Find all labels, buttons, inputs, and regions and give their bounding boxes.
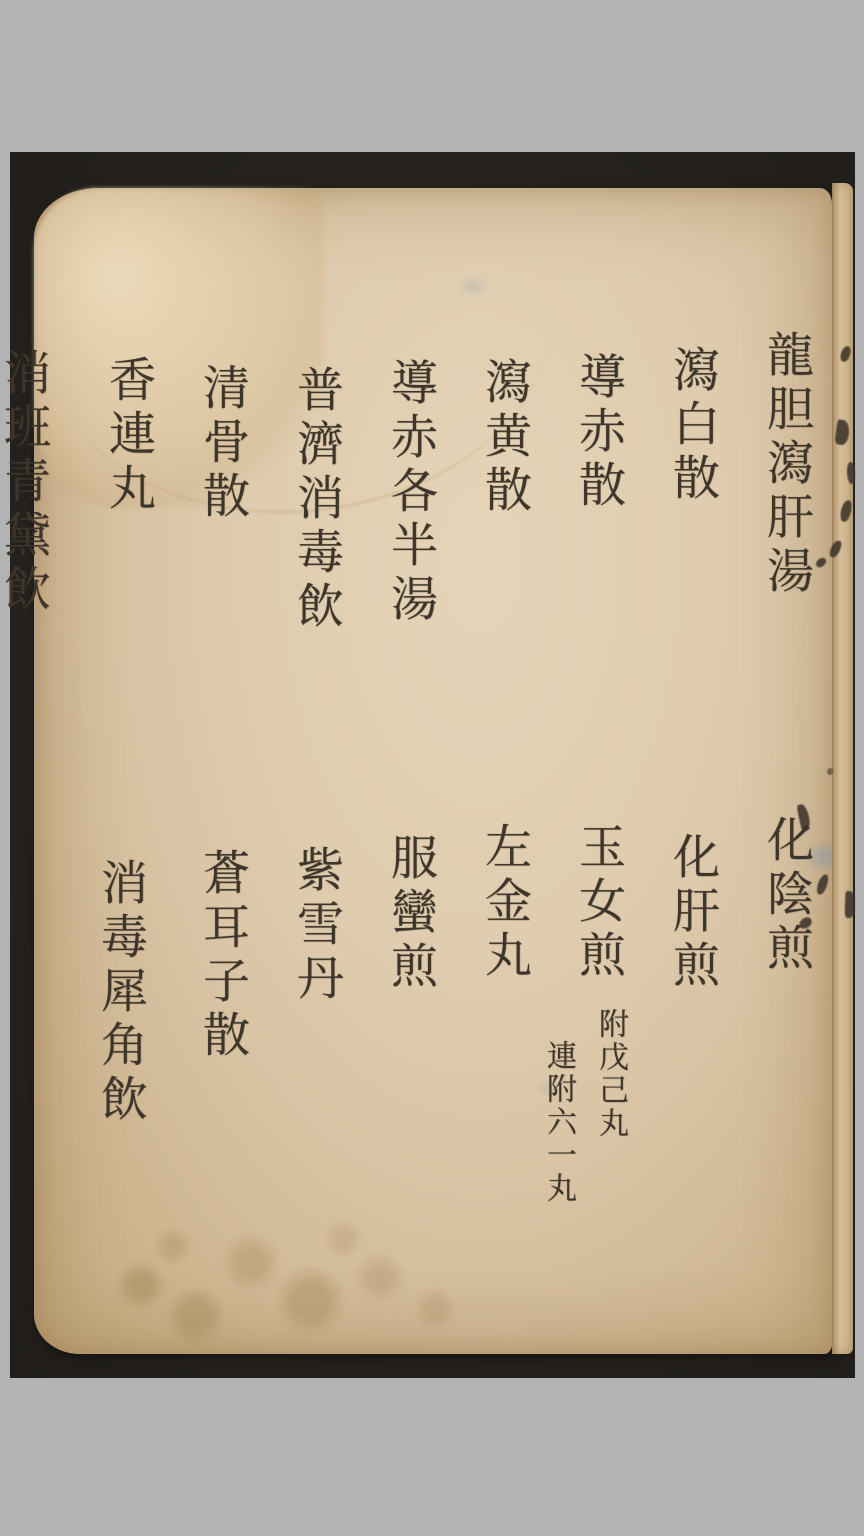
- formula-entry: 普濟消毒飲: [283, 322, 350, 694]
- attached-formula-note: 連附六一丸: [536, 1008, 580, 1258]
- formula-entry: 瀉黄散: [471, 322, 538, 694]
- formula-entry: 服蠻煎: [377, 812, 444, 1252]
- attached-formulas-note: 附戊己丸 連附六一丸: [528, 1008, 632, 1258]
- formula-entry: 紫雪丹: [283, 812, 350, 1252]
- formula-entry: 導赤散: [565, 322, 632, 694]
- formula-entry: 香連丸: [95, 322, 162, 694]
- formula-entry: 導赤各半湯: [377, 322, 444, 694]
- scanned-manuscript-photo: { "document": { "type": "handwritten Chi…: [0, 0, 864, 1536]
- formula-entry: 消毒犀角飲: [87, 812, 154, 1252]
- attached-formula-note: 附戊己丸: [588, 1008, 632, 1258]
- formula-entry: 化肝煎: [659, 812, 726, 1252]
- formula-entry: 清骨散: [189, 322, 256, 694]
- formula-entry: 龍胆瀉肝湯: [753, 322, 820, 694]
- toc-section-lower: 化陰煎 化肝煎 玉女煎 左金丸 服蠻煎 紫雪丹 蒼耳子散 消毒犀角飲 附戊己丸 …: [226, 812, 820, 1252]
- formula-entry: 蒼耳子散: [189, 812, 256, 1252]
- formula-entry: 消班青黛飲: [0, 322, 57, 694]
- formula-entry: 瀉白散: [659, 322, 726, 694]
- formula-entry: 化陰煎: [753, 812, 820, 1252]
- toc-section-upper: 龍胆瀉肝湯 瀉白散 導赤散 瀉黄散 導赤各半湯 普濟消毒飲 清骨散 香連丸 消班…: [60, 322, 820, 694]
